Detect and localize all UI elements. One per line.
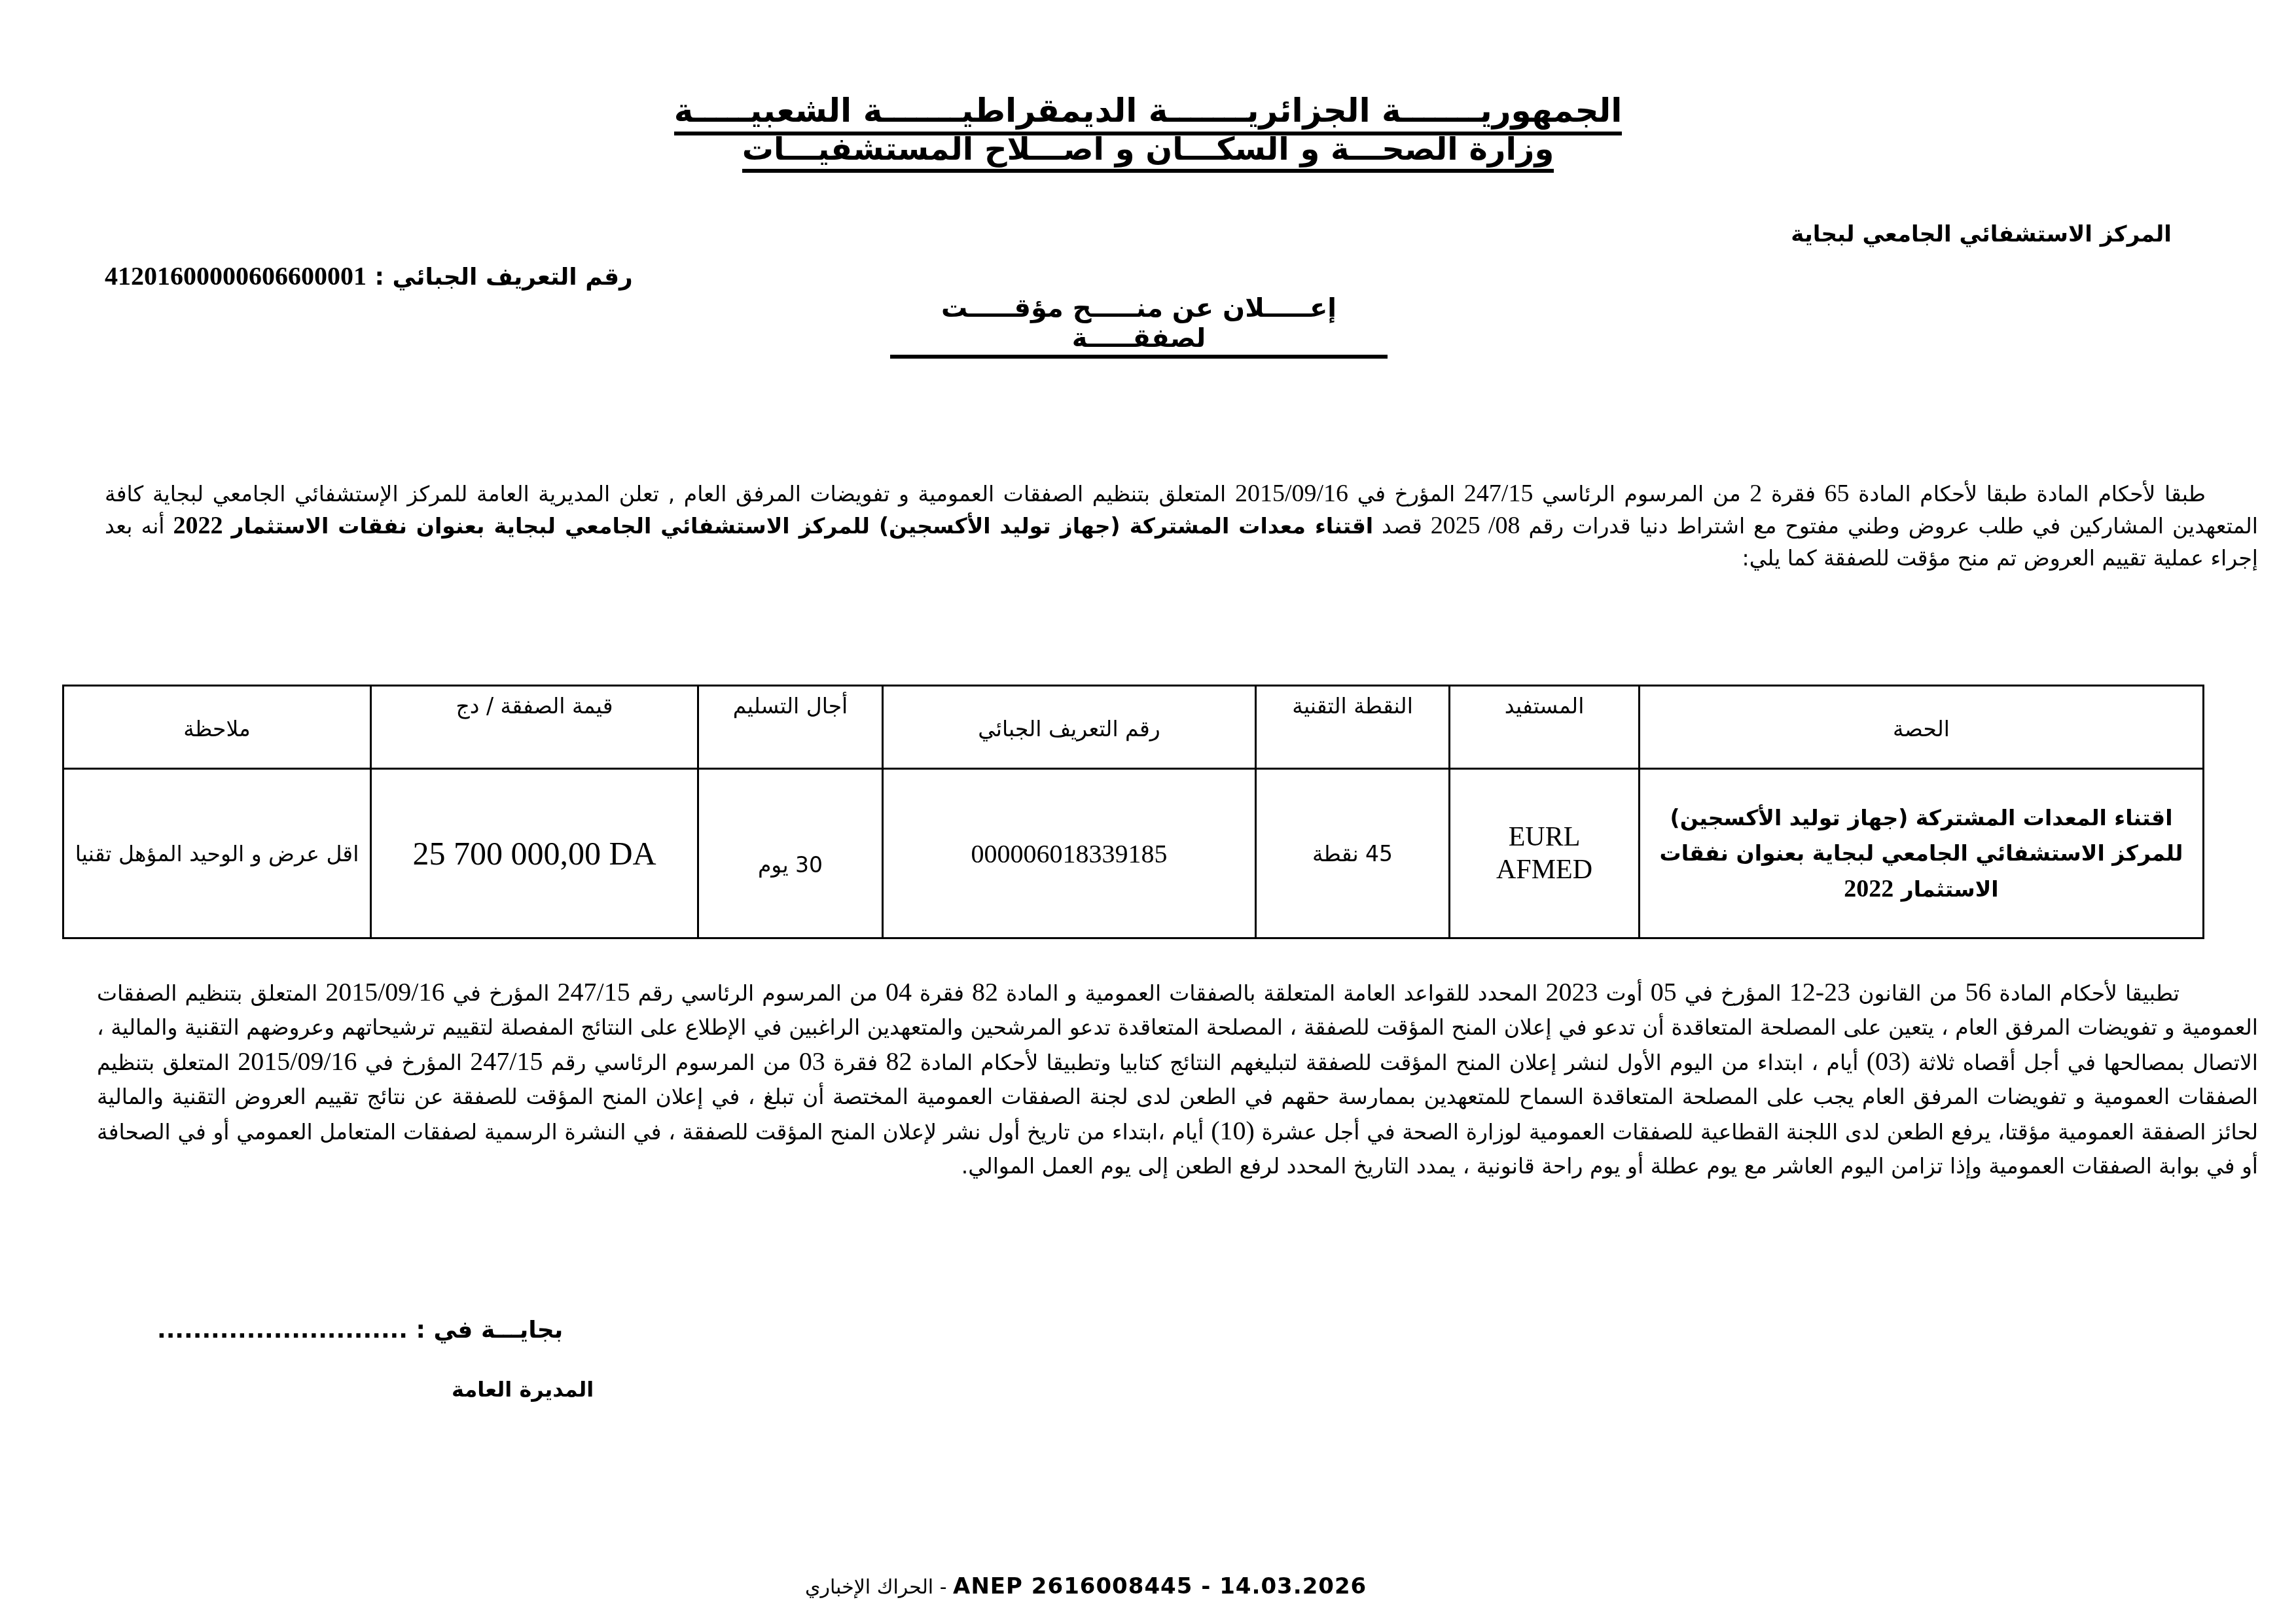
header-lot: الحصة <box>1640 686 2204 769</box>
law-number: 23-12 <box>1789 977 1850 1007</box>
paragraph-number: 2 <box>1749 480 1762 507</box>
decree-number: 247/15 <box>558 977 630 1007</box>
anep-reference: ANEP 2616008445 - 14.03.2026 <box>953 1573 1367 1599</box>
date-placeholder: ............................ <box>157 1317 408 1344</box>
header-delivery: أجال التسليم <box>698 686 883 769</box>
intro-text: فقرة <box>1771 481 1816 507</box>
issuer-tax-id: رقم التعريف الجبائي : 412016000006066000… <box>105 260 633 291</box>
issuer-organization: المركز الاستشفائي الجامعي لبجاية <box>1791 221 2172 247</box>
notice-number: 82 <box>972 977 998 1007</box>
ministry-heading: وزارة الصحـــة و السكـــان و اصـــلاح ال… <box>0 131 2296 173</box>
lot-description: اقتناء المعدات المشتركة (جهاز توليد الأك… <box>1660 805 2183 902</box>
tax-id-value: 4120160000060660000‎1 <box>105 261 367 291</box>
article-number: 65 <box>1825 480 1850 507</box>
notice-number: (03) <box>1867 1046 1910 1076</box>
award-table-header-row: الحصة المستفيد النقطة التقنية رقم التعري… <box>63 686 2204 769</box>
header-remark: ملاحظة <box>63 686 371 769</box>
decree-number: 247/15 <box>470 1046 543 1076</box>
decree-date: 2015/09/16 <box>238 1046 357 1076</box>
announcement-title-text: إعـــــلان عن منـــــح مؤقـــــت لصفقـــ… <box>890 293 1388 359</box>
beneficiary-type: EURL <box>1460 821 1629 853</box>
cell-amount: 25 700 000,00 DA <box>371 769 698 938</box>
notice-text: أوت <box>1605 980 1642 1006</box>
notice-text: المؤرخ في <box>365 1050 462 1075</box>
notice-number: 03 <box>799 1046 825 1076</box>
notice-number: 05 <box>1651 977 1677 1007</box>
decree-number: 247/15 <box>1464 480 1534 507</box>
tax-id-label: رقم التعريف الجبائي : <box>375 264 633 291</box>
award-table: الحصة المستفيد النقطة التقنية رقم التعري… <box>62 685 2204 939</box>
header-tax-id: رقم التعريف الجبائي <box>883 686 1256 769</box>
notice-text: من المرسوم الرئاسي رقم <box>551 1050 791 1075</box>
table-row: اقتناء المعدات المشتركة (جهاز توليد الأك… <box>63 769 2204 938</box>
notice-text: فقرة <box>833 1050 878 1075</box>
republic-heading: الجمهوريـــــــة الجزائريـــــــة الديمق… <box>0 92 2296 135</box>
notice-text: تطبيقا لأحكام المادة <box>2000 980 2179 1006</box>
signature-place-date: بجايـــة في : ..........................… <box>157 1317 563 1344</box>
cell-remark: اقل عرض و الوحيد المؤهل تقنيا <box>63 769 371 938</box>
notice-number: 82 <box>886 1046 912 1076</box>
republic-heading-text: الجمهوريـــــــة الجزائريـــــــة الديمق… <box>674 92 1623 135</box>
lot-year: 2022 <box>1844 875 1893 902</box>
notice-number: 56 <box>1965 977 1992 1007</box>
intro-text: من المرسوم الرئاسي <box>1542 481 1741 507</box>
tender-number: 08/ 2025 <box>1431 512 1520 539</box>
intro-text: قصد <box>1382 513 1422 539</box>
notice-text: المؤرخ في <box>453 980 550 1006</box>
notice-text: من القانون <box>1858 980 1957 1006</box>
cell-tax-id: 000006018339185 <box>883 769 1256 938</box>
notice-text: من المرسوم الرئاسي رقم <box>638 980 878 1006</box>
cell-tech-score: 45 نقطة <box>1256 769 1450 938</box>
intro-text: طبقا لأحكام المادة طبقا لأحكام المادة <box>1858 481 2206 507</box>
notice-text: المحدد للقواعد العامة المتعلقة بالصفقات … <box>1006 980 1537 1006</box>
intro-paragraph: طبقا لأحكام المادة طبقا لأحكام المادة 65… <box>105 478 2258 574</box>
ministry-heading-text: وزارة الصحـــة و السكـــان و اصـــلاح ال… <box>742 132 1554 173</box>
beneficiary-name: AFMED <box>1460 853 1629 886</box>
decree-date: 2015/09/16 <box>1235 480 1348 507</box>
cell-lot: اقتناء المعدات المشتركة (جهاز توليد الأك… <box>1640 769 2204 938</box>
announcement-title: إعـــــلان عن منـــــح مؤقـــــت لصفقـــ… <box>890 293 1388 359</box>
notice-text: أيام ، ابتداء من اليوم الأول لنشر إعلان … <box>920 1050 1859 1075</box>
intro-text: المؤرخ في <box>1357 481 1456 507</box>
signer-title: المديرة العامة <box>452 1377 594 1402</box>
legal-notice-paragraph: تطبيقا لأحكام المادة 56 من القانون 23-12… <box>97 975 2258 1183</box>
publisher-name: - الحراك الإخباري <box>805 1576 947 1599</box>
notice-number: 04 <box>886 977 912 1007</box>
notice-text: المؤرخ في <box>1685 980 1782 1006</box>
publication-footer: - الحراك الإخباري ANEP 2616008445 - 14.0… <box>805 1573 1367 1599</box>
decree-date: 2015/09/16 <box>325 977 444 1007</box>
header-amount: قيمة الصفقة / دج <box>371 686 698 769</box>
notice-number: (10) <box>1211 1116 1255 1145</box>
notice-text: فقرة <box>920 980 964 1006</box>
header-beneficiary: المستفيد <box>1450 686 1640 769</box>
place-label: بجايـــة في : <box>416 1317 563 1344</box>
header-tech-score: النقطة التقنية <box>1256 686 1450 769</box>
cell-beneficiary: EURL AFMED <box>1450 769 1640 938</box>
investment-year: 2022 <box>173 512 223 539</box>
cell-delivery: 30 يوم <box>698 769 883 938</box>
tender-object: اقتناء معدات المشتركة (جهاز توليد الأكسج… <box>232 513 1374 539</box>
notice-number: 2023 <box>1545 977 1598 1007</box>
